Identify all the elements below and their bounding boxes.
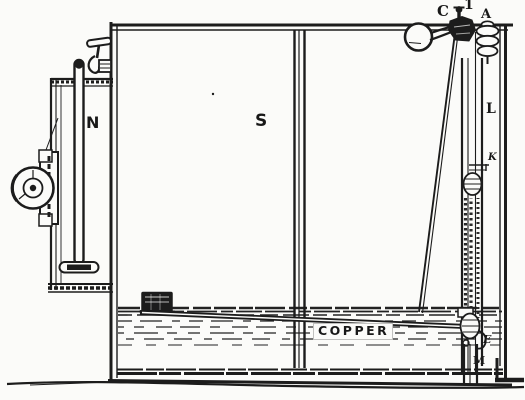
figure-container: N S COPPER C 1 A L K E M — [0, 0, 525, 400]
clamp-assembly — [449, 17, 476, 42]
paper-speckle — [212, 93, 214, 95]
weight-block — [139, 293, 175, 312]
label-point-1: 1 — [464, 0, 474, 12]
pulley-wheel — [12, 150, 58, 226]
engraving-canvas — [0, 0, 525, 400]
suspension-rod — [419, 29, 459, 313]
label-point-c: C — [437, 4, 449, 19]
label-copper: COPPER — [313, 323, 393, 340]
stopcock — [87, 37, 112, 72]
label-point-a: A — [481, 8, 491, 21]
label-north-pole: N — [86, 115, 99, 131]
label-point-e: E — [483, 334, 491, 345]
label-south-pole: S — [255, 113, 267, 130]
knurled-screw — [477, 21, 499, 64]
magnet-rod — [60, 60, 99, 273]
label-point-m: M — [473, 355, 485, 366]
label-point-l: L — [486, 102, 496, 116]
label-point-k: K — [488, 153, 497, 163]
ground-line — [7, 381, 524, 388]
